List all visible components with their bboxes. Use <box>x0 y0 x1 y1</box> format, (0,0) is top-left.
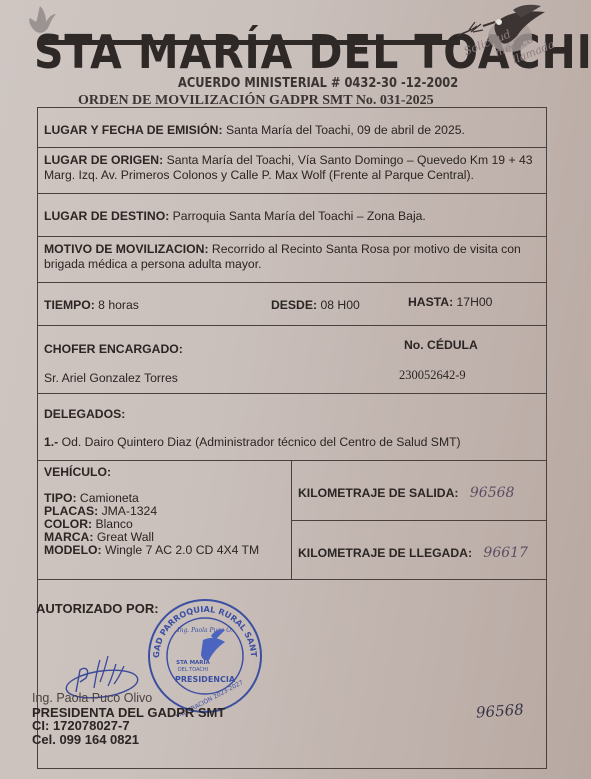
kilometraje-block: KILOMETRAJE DE SALIDA: 96568 KILOMETRAJE… <box>292 461 546 579</box>
document-header: STA MARÍA DEL TOACHI Solicitud médico ll… <box>0 0 591 112</box>
row-emision: LUGAR Y FECHA DE EMISIÓN: Santa María de… <box>38 108 546 148</box>
row-destino: LUGAR DE DESTINO: Parroquia Santa María … <box>38 194 546 237</box>
signer-block: Ing. Paola Puco Olivo PRESIDENTA DEL GAD… <box>32 692 225 746</box>
delegado-item: 1.- Od. Dairo Quintero Diaz (Administrad… <box>44 435 461 449</box>
modelo-line: MODELO: Wingle 7 AC 2.0 CD 4X4 TM <box>44 544 285 557</box>
row-chofer: CHOFER ENCARGADO: Sr. Ariel Gonzalez Tor… <box>38 326 546 394</box>
desde-field: DESDE: 08 H00 <box>271 298 360 312</box>
chofer-label: CHOFER ENCARGADO: <box>44 342 183 356</box>
marca-value: Great Wall <box>97 530 154 544</box>
svg-text:STA MARÍA: STA MARÍA <box>176 658 210 666</box>
modelo-value: Wingle 7 AC 2.0 CD 4X4 TM <box>105 543 259 557</box>
tiempo-label: TIEMPO: <box>44 298 95 312</box>
color-label: COLOR: <box>44 517 92 531</box>
chofer-name: Sr. Ariel Gonzalez Torres <box>44 371 178 385</box>
placas-value: JMA-1324 <box>102 504 158 518</box>
emision-label: LUGAR Y FECHA DE EMISIÓN: <box>44 123 223 137</box>
acuerdo-ministerial: ACUERDO MINISTERIAL # 0432-30 -12-2002 <box>178 76 458 91</box>
movilizacion-form: LUGAR Y FECHA DE EMISIÓN: Santa María de… <box>37 107 547 769</box>
handwritten-km-note: 96568 <box>475 700 524 721</box>
signer-cargo: PRESIDENTA DEL GADPR SMT <box>32 706 225 720</box>
signer-name: Ing. Paola Puco Olivo <box>32 691 152 705</box>
marca-label: MARCA: <box>44 530 93 544</box>
row-autorizado: AUTORIZADO POR: GAD PARROQUIAL RURAL SAN… <box>38 580 546 768</box>
destino-value: Parroquia Santa María del Toachi – Zona … <box>173 209 426 223</box>
placas-label: PLACAS: <box>44 504 98 518</box>
hasta-field: HASTA: 17H00 <box>408 295 492 309</box>
signer-ci: CI: 172078027-7 <box>32 719 225 733</box>
km-salida: KILOMETRAJE DE SALIDA: 96568 <box>292 461 546 521</box>
destino-label: LUGAR DE DESTINO: <box>44 209 169 223</box>
svg-text:DEL TOACHI: DEL TOACHI <box>178 667 208 673</box>
hasta-label: HASTA: <box>408 295 453 309</box>
km-salida-value: 96568 <box>470 485 515 501</box>
km-llegada-value: 96617 <box>483 545 528 561</box>
km-llegada: KILOMETRAJE DE LLEGADA: 96617 <box>292 521 546 580</box>
km-salida-label: KILOMETRAJE DE SALIDA: <box>298 486 458 500</box>
motivo-label: MOTIVO DE MOVILIZACION: <box>44 242 209 256</box>
km-llegada-label: KILOMETRAJE DE LLEGADA: <box>298 546 472 560</box>
autorizado-label: AUTORIZADO POR: <box>36 601 159 616</box>
color-value: Blanco <box>95 517 132 531</box>
signer-cel: Cel. 099 164 0821 <box>32 733 225 747</box>
emision-value: Santa María del Toachi, 09 de abril de 2… <box>226 123 465 137</box>
row-vehiculo: VEHÍCULO: TIPO: Camioneta PLACAS: JMA-13… <box>38 461 546 580</box>
cedula-value: 230052642-9 <box>399 368 466 383</box>
delegado-text: Od. Dairo Quintero Diaz (Administrador t… <box>62 435 461 449</box>
hasta-value: 17H00 <box>457 295 493 309</box>
row-delegados: DELEGADOS: 1.- Od. Dairo Quintero Diaz (… <box>38 394 546 461</box>
cedula-label: No. CÉDULA <box>404 338 478 352</box>
tipo-value: Camioneta <box>80 491 139 505</box>
desde-value: 08 H00 <box>320 298 359 312</box>
tiempo-value: 8 horas <box>98 298 139 312</box>
delegados-label: DELEGADOS: <box>44 407 125 421</box>
delegado-number: 1.- <box>44 435 58 449</box>
row-tiempo: TIEMPO: 8 horas DESDE: 08 H00 HASTA: 17H… <box>38 283 546 326</box>
stamp-role: PRESIDENCIA <box>175 675 236 684</box>
vehiculo-details: VEHÍCULO: TIPO: Camioneta PLACAS: JMA-13… <box>38 461 292 579</box>
origen-label: LUGAR DE ORIGEN: <box>44 153 163 167</box>
desde-label: DESDE: <box>271 298 317 312</box>
row-origen: LUGAR DE ORIGEN: Santa María del Toachi,… <box>38 148 546 194</box>
vehiculo-label: VEHÍCULO: <box>44 465 285 479</box>
modelo-label: MODELO: <box>44 543 102 557</box>
tipo-label: TIPO: <box>44 491 77 505</box>
row-motivo: MOTIVO DE MOVILIZACION: Recorrido al Rec… <box>38 237 546 283</box>
